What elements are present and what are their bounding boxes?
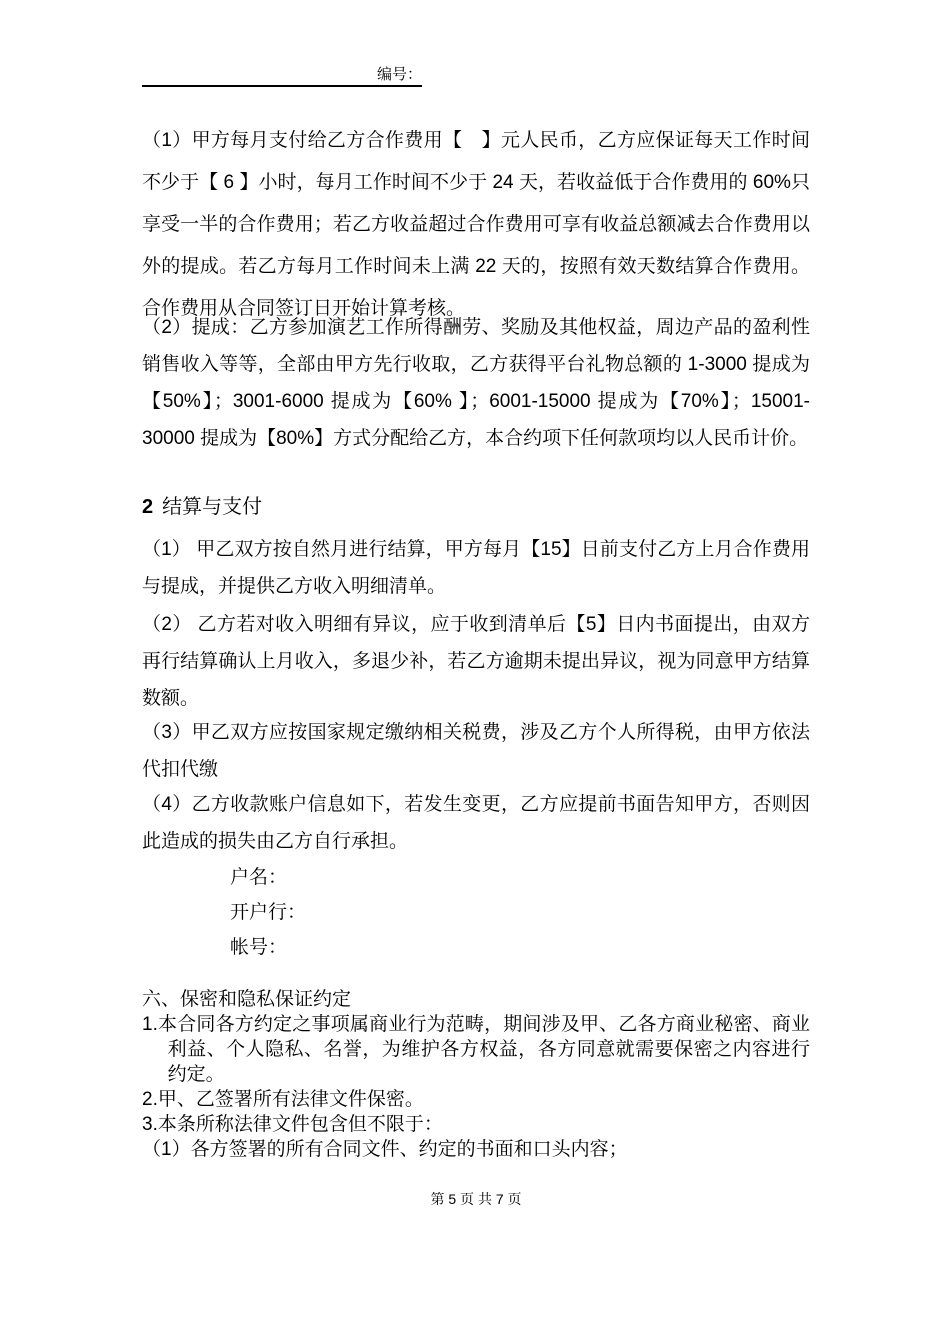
paragraph-monthly-fee: （1）甲方每月支付给乙方合作费用【 】元人民币，乙方应保证每天工作时间不少于【 … <box>142 120 810 330</box>
paragraph-income-dispute: （2） 乙方若对收入明细有异议，应于收到清单后【5】日内书面提出，由双方再行结算… <box>142 606 810 717</box>
paragraph-commission-tiers: （2）提成：乙方参加演艺工作所得酬劳、奖励及其他权益，周边产品的盈利性销售收入等… <box>142 309 810 457</box>
footer-page-number: 第 5 页 共 7 页 <box>142 1190 810 1208</box>
paragraph-tax-withholding: （3）甲乙双方应按国家规定缴纳相关税费，涉及乙方个人所得税，由甲方依法代扣代缴 <box>142 714 810 788</box>
section-number: 2 <box>142 496 153 518</box>
confidentiality-item-3: 3.本条所称法律文件包含但不限于： <box>142 1112 810 1137</box>
doc-number-label: 编号： <box>377 66 422 83</box>
section-heading-confidentiality: 六、保密和隐私保证约定 <box>142 987 810 1012</box>
bank-account-fields: 户名： 开户行： 帐号： <box>230 860 630 965</box>
confidentiality-item-2: 2.甲、乙签署所有法律文件保密。 <box>142 1087 810 1112</box>
paragraph-settlement-cycle: （1） 甲乙双方按自然月进行结算，甲方每月【15】日前支付乙方上月合作费用与提成… <box>142 531 810 605</box>
section-heading-label: 结算与支付 <box>162 496 262 518</box>
bank-field-account-number: 帐号： <box>230 930 630 965</box>
paragraph-bank-account-notice: （4）乙方收款账户信息如下，若发生变更，乙方应提前书面告知甲方，否则因此造成的损… <box>142 786 810 860</box>
bank-field-account-name: 户名： <box>230 860 630 895</box>
section-heading-settlement: 2结算与支付 <box>142 495 810 519</box>
section-confidentiality: 六、保密和隐私保证约定 1.本合同各方约定之事项属商业行为范畴，期间涉及甲、乙各… <box>142 987 810 1162</box>
confidentiality-item-1: 1.本合同各方约定之事项属商业行为范畴，期间涉及甲、乙各方商业秘密、商业利益、个… <box>142 1012 810 1087</box>
doc-number-underline: 编号： <box>142 64 422 87</box>
confidentiality-item-3-sub-1: （1）各方签署的所有合同文件、约定的书面和口头内容； <box>142 1137 810 1162</box>
bank-field-bank-branch: 开户行： <box>230 895 630 930</box>
